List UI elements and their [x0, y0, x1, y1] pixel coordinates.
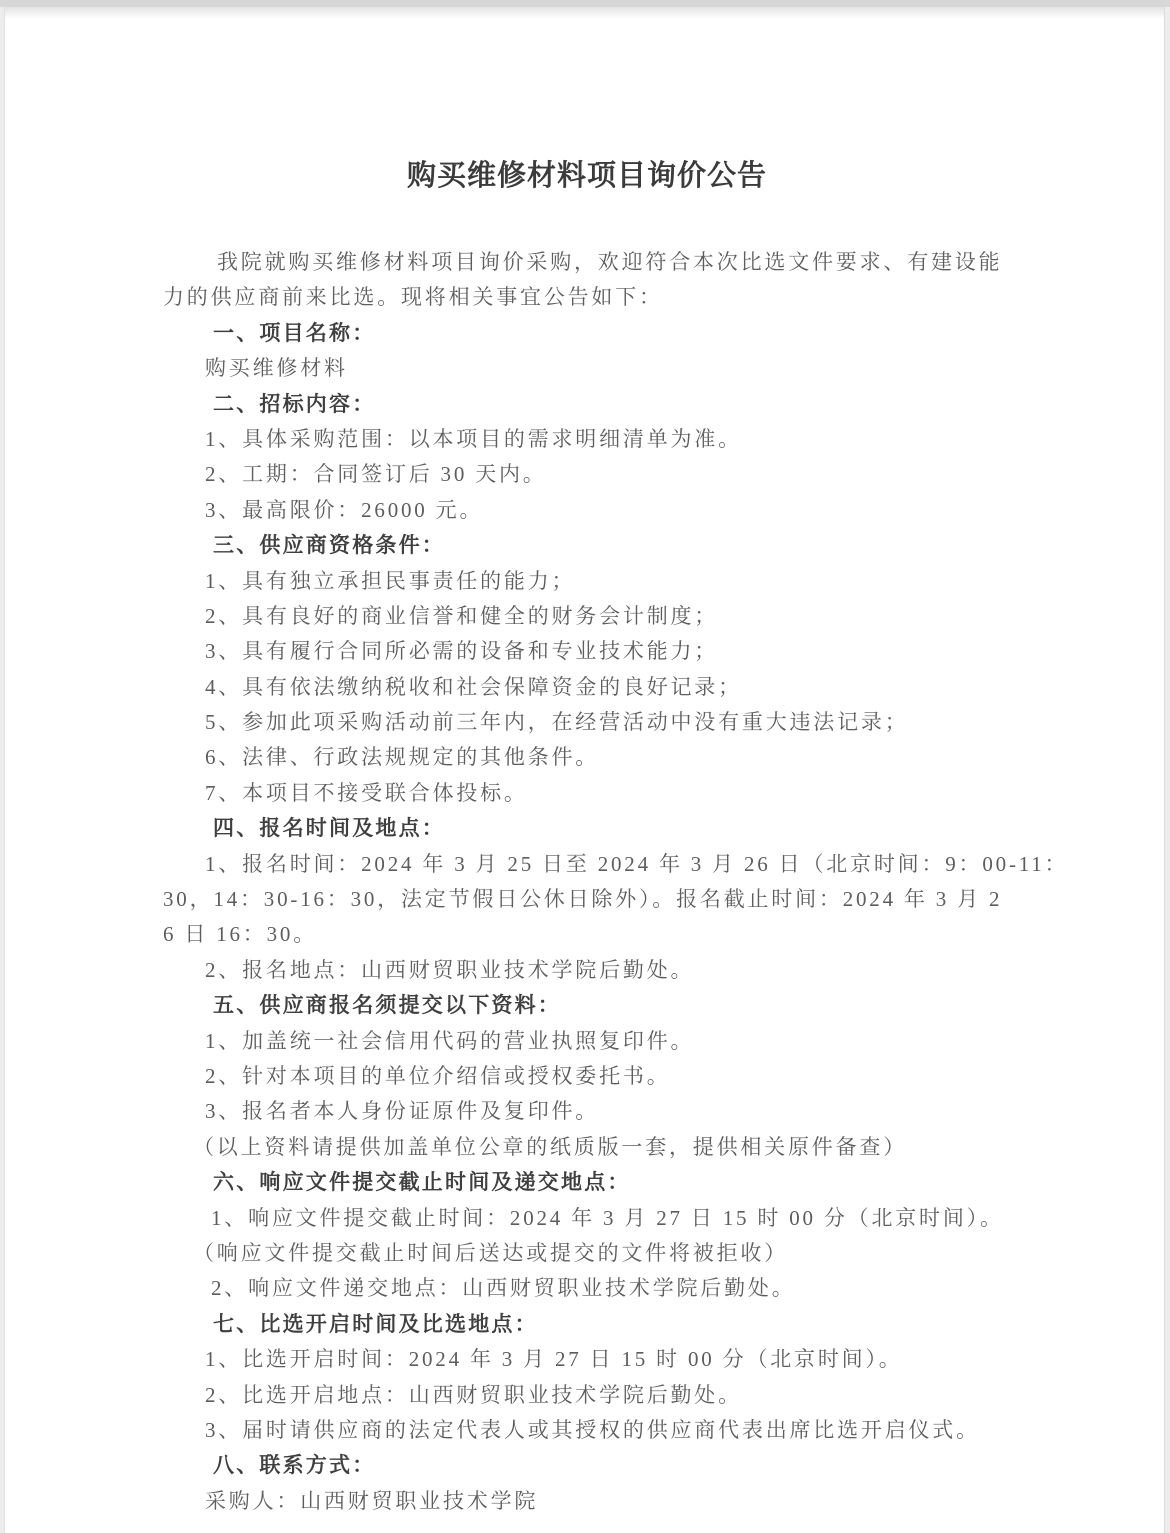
text-line: 2、针对本项目的单位介绍信或授权委托书。: [163, 1059, 1011, 1094]
document-body: 购买维修材料项目询价公告 我院就购买维修材料项目询价采购，欢迎符合本次比选文件要…: [163, 7, 1011, 1519]
text-line: 1、比选开启时间：2024 年 3 月 27 日 15 时 00 分（北京时间）…: [163, 1342, 1011, 1377]
text-line: 3、报名者本人身份证原件及复印件。: [163, 1094, 1011, 1129]
text-line: 6、法律、行政法规规定的其他条件。: [163, 740, 1011, 775]
text-line: 2、工期：合同签订后 30 天内。: [163, 457, 1011, 492]
page-top-gap: [0, 0, 1170, 7]
text-line: 1、响应文件提交截止时间：2024 年 3 月 27 日 15 时 00 分（北…: [163, 1201, 1011, 1236]
section-heading: 七、比选开启时间及比选地点：: [163, 1307, 1011, 1342]
text-line: 2、报名地点：山西财贸职业技术学院后勤处。: [163, 953, 1011, 988]
document-title: 购买维修材料项目询价公告: [163, 158, 1011, 195]
text-line: 4、具有依法缴纳税收和社会保障资金的良好记录；: [163, 670, 1011, 705]
section-heading: 四、报名时间及地点：: [163, 811, 1011, 846]
section-heading: 五、供应商报名须提交以下资料：: [163, 988, 1011, 1023]
section-heading: 六、响应文件提交截止时间及递交地点：: [163, 1165, 1011, 1200]
section-heading: 三、供应商资格条件：: [163, 528, 1011, 563]
document-page: 购买维修材料项目询价公告 我院就购买维修材料项目询价采购，欢迎符合本次比选文件要…: [4, 7, 1165, 1533]
section-heading: 二、招标内容：: [163, 387, 1011, 422]
text-line: 7、本项目不接受联合体投标。: [163, 776, 1011, 811]
section-heading: 一、项目名称：: [163, 316, 1011, 351]
text-line: 我院就购买维修材料项目询价采购，欢迎符合本次比选文件要求、有建设能: [163, 245, 1011, 280]
text-line: 3、具有履行合同所必需的设备和专业技术能力；: [163, 634, 1011, 669]
text-line: （以上资料请提供加盖单位公章的纸质版一套，提供相关原件备查）: [163, 1130, 1011, 1165]
text-line: 6 日 16：30。: [163, 917, 1011, 952]
text-line: 2、比选开启地点：山西财贸职业技术学院后勤处。: [163, 1378, 1011, 1413]
text-line: 1、具有独立承担民事责任的能力；: [163, 564, 1011, 599]
text-line: 2、响应文件递交地点：山西财贸职业技术学院后勤处。: [163, 1271, 1011, 1306]
text-line: （响应文件提交截止时间后送达或提交的文件将被拒收）: [163, 1236, 1011, 1271]
text-line: 5、参加此项采购活动前三年内，在经营活动中没有重大违法记录；: [163, 705, 1011, 740]
text-line: 2、具有良好的商业信誉和健全的财务会计制度；: [163, 599, 1011, 634]
text-line: 3、届时请供应商的法定代表人或其授权的供应商代表出席比选开启仪式。: [163, 1413, 1011, 1448]
text-line: 1、具体采购范围：以本项目的需求明细清单为准。: [163, 422, 1011, 457]
text-line: 购买维修材料: [163, 351, 1011, 386]
text-line: 1、报名时间：2024 年 3 月 25 日至 2024 年 3 月 26 日（…: [163, 847, 1011, 882]
text-line: 力的供应商前来比选。现将相关事宜公告如下：: [163, 280, 1011, 315]
section-heading: 八、联系方式：: [163, 1448, 1011, 1483]
text-line: 采购人：山西财贸职业技术学院: [163, 1484, 1011, 1519]
text-line: 30，14：30-16：30，法定节假日公休日除外）。报名截止时间：2024 年…: [163, 882, 1011, 917]
text-line: 3、最高限价：26000 元。: [163, 493, 1011, 528]
text-line: 1、加盖统一社会信用代码的营业执照复印件。: [163, 1024, 1011, 1059]
document-lines: 我院就购买维修材料项目询价采购，欢迎符合本次比选文件要求、有建设能力的供应商前来…: [163, 245, 1011, 1519]
